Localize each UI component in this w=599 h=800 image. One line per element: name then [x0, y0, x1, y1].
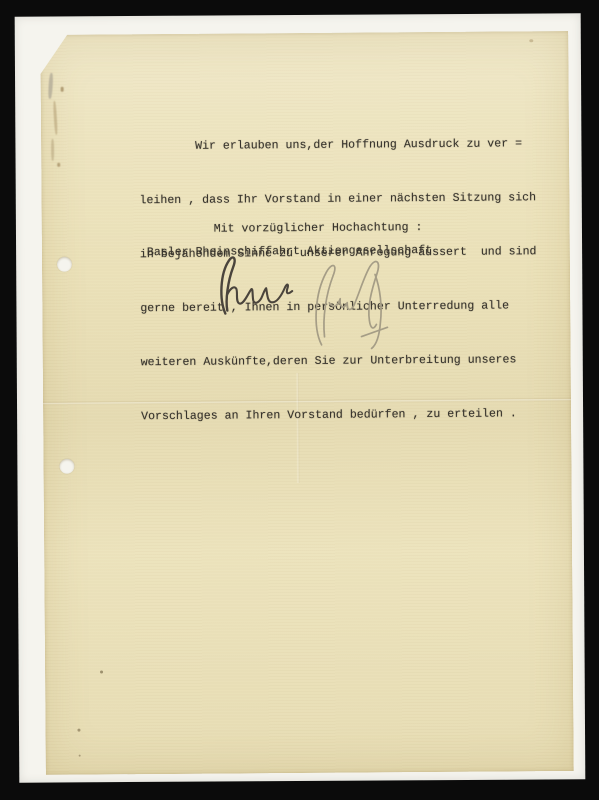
paper-speck [79, 755, 81, 757]
ink-signature [202, 253, 294, 320]
punch-hole-bottom [59, 459, 74, 474]
paper-damage-mark [53, 101, 58, 135]
paper-damage-mark [51, 139, 54, 161]
white-mat: Wir erlauben uns,der Hoffnung Ausdruck z… [15, 13, 586, 782]
paper-speck [77, 729, 80, 732]
paper-speck [529, 39, 533, 42]
paper-damage-mark [57, 163, 60, 167]
pencil-signature [307, 254, 412, 353]
paper-damage-mark [61, 87, 64, 92]
scan-background: Wir erlauben uns,der Hoffnung Ausdruck z… [0, 0, 599, 800]
body-line: weiteren Auskünfte,deren Sie zur Unterbr… [141, 351, 538, 372]
paper-speck [100, 670, 103, 673]
letter-paper: Wir erlauben uns,der Hoffnung Ausdruck z… [40, 31, 574, 775]
body-line: Wir erlauben uns,der Hoffnung Ausdruck z… [139, 135, 536, 156]
body-line: leihen , dass Ihr Vorstand in einer näch… [139, 189, 536, 210]
body-line: Vorschlages an Ihren Vorstand bedürfen ,… [141, 405, 538, 426]
closing-salutation: Mit vorzüglicher Hochachtung : [214, 219, 423, 239]
punch-hole-top [57, 257, 72, 272]
scan-rotation-wrapper: Wir erlauben uns,der Hoffnung Ausdruck z… [0, 0, 599, 800]
paper-damage-mark [48, 73, 54, 99]
